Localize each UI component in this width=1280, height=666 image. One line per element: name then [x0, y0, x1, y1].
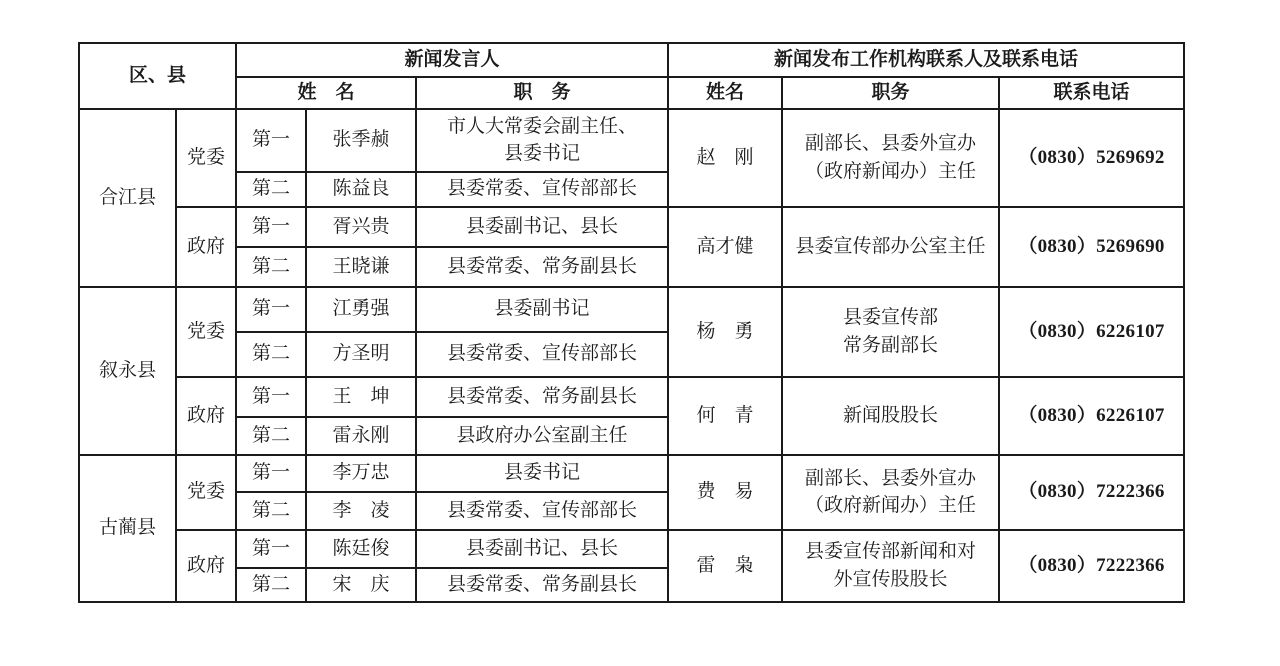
contact-name-cell: 杨 勇	[668, 287, 782, 377]
spokesperson-name-cell: 宋 庆	[306, 568, 416, 602]
spokesperson-title-cell: 县委副书记、县长	[416, 207, 668, 247]
rank-cell: 第二	[236, 172, 306, 207]
spokesperson-name-cell: 王 坤	[306, 377, 416, 417]
rank-cell: 第一	[236, 109, 306, 172]
header-row-groups: 区、县 新闻发言人 新闻发布工作机构联系人及联系电话	[79, 43, 1184, 77]
rank-cell: 第一	[236, 287, 306, 332]
header-contact-name: 姓名	[668, 77, 782, 109]
header-spokesperson-title: 职 务	[416, 77, 668, 109]
table-row: 古蔺县 党委 第一 李万忠 县委书记 费 易 副部长、县委外宣办 （政府新闻办）…	[79, 455, 1184, 492]
spokesperson-name-cell: 王晓谦	[306, 247, 416, 287]
spokesperson-title-cell: 县委常委、常务副县长	[416, 247, 668, 287]
contact-phone-cell: （0830）6226107	[999, 377, 1184, 455]
spokesperson-title-cell: 县委副书记、县长	[416, 530, 668, 568]
rank-cell: 第一	[236, 207, 306, 247]
org-cell: 党委	[176, 109, 236, 207]
contact-phone-cell: （0830）7222366	[999, 455, 1184, 530]
org-cell: 党委	[176, 287, 236, 377]
spokesperson-name-cell: 江勇强	[306, 287, 416, 332]
contact-name-cell: 赵 刚	[668, 109, 782, 207]
rank-cell: 第二	[236, 568, 306, 602]
table-row: 政府 第一 胥兴贵 县委副书记、县长 高才健 县委宣传部办公室主任 （0830）…	[79, 207, 1184, 247]
org-cell: 党委	[176, 455, 236, 530]
table-row: 合江县 党委 第一 张季赪 市人大常委会副主任、 县委书记 赵 刚 副部长、县委…	[79, 109, 1184, 172]
contact-name-cell: 费 易	[668, 455, 782, 530]
rank-cell: 第二	[236, 492, 306, 530]
county-cell: 古蔺县	[79, 455, 176, 602]
contact-phone-cell: （0830）5269690	[999, 207, 1184, 287]
contact-title-cell: 新闻股股长	[782, 377, 999, 455]
contact-title-cell: 副部长、县委外宣办 （政府新闻办）主任	[782, 109, 999, 207]
spokesperson-name-cell: 方圣明	[306, 332, 416, 377]
spokesperson-name-cell: 胥兴贵	[306, 207, 416, 247]
spokesperson-contact-table: 区、县 新闻发言人 新闻发布工作机构联系人及联系电话 姓 名 职 务 姓名 职务…	[78, 42, 1185, 603]
spokesperson-title-cell: 县委常委、常务副县长	[416, 568, 668, 602]
spokesperson-title-cell: 县委书记	[416, 455, 668, 492]
spokesperson-title-cell: 县委常委、宣传部部长	[416, 332, 668, 377]
rank-cell: 第一	[236, 455, 306, 492]
contact-title-cell: 副部长、县委外宣办 （政府新闻办）主任	[782, 455, 999, 530]
table-row: 叙永县 党委 第一 江勇强 县委副书记 杨 勇 县委宣传部 常务副部长 （083…	[79, 287, 1184, 332]
spokesperson-title-cell: 县委常委、宣传部部长	[416, 492, 668, 530]
table-row: 政府 第一 王 坤 县委常委、常务副县长 何 青 新闻股股长 （0830）622…	[79, 377, 1184, 417]
rank-cell: 第二	[236, 417, 306, 455]
org-cell: 政府	[176, 530, 236, 602]
header-spokesperson-name: 姓 名	[236, 77, 416, 109]
spokesperson-name-cell: 陈益良	[306, 172, 416, 207]
header-spokesperson-group: 新闻发言人	[236, 43, 668, 77]
header-contact-phone: 联系电话	[999, 77, 1184, 109]
spokesperson-name-cell: 张季赪	[306, 109, 416, 172]
header-contact-group: 新闻发布工作机构联系人及联系电话	[668, 43, 1184, 77]
rank-cell: 第二	[236, 332, 306, 377]
org-cell: 政府	[176, 207, 236, 287]
org-cell: 政府	[176, 377, 236, 455]
contact-title-cell: 县委宣传部新闻和对 外宣传股股长	[782, 530, 999, 602]
header-row-columns: 姓 名 职 务 姓名 职务 联系电话	[79, 77, 1184, 109]
spokesperson-name-cell: 李万忠	[306, 455, 416, 492]
spokesperson-title-cell: 县委常委、宣传部部长	[416, 172, 668, 207]
contact-phone-cell: （0830）5269692	[999, 109, 1184, 207]
spokesperson-name-cell: 李 凌	[306, 492, 416, 530]
spokesperson-name-cell: 雷永刚	[306, 417, 416, 455]
contact-title-cell: 县委宣传部 常务副部长	[782, 287, 999, 377]
spokesperson-name-cell: 陈廷俊	[306, 530, 416, 568]
contact-name-cell: 高才健	[668, 207, 782, 287]
contact-title-cell: 县委宣传部办公室主任	[782, 207, 999, 287]
header-contact-title: 职务	[782, 77, 999, 109]
spokesperson-title-cell: 市人大常委会副主任、 县委书记	[416, 109, 668, 172]
spokesperson-title-cell: 县委常委、常务副县长	[416, 377, 668, 417]
county-cell: 叙永县	[79, 287, 176, 455]
spokesperson-title-cell: 县委副书记	[416, 287, 668, 332]
contact-name-cell: 雷 枭	[668, 530, 782, 602]
header-region: 区、县	[79, 43, 236, 109]
rank-cell: 第一	[236, 377, 306, 417]
county-cell: 合江县	[79, 109, 176, 287]
rank-cell: 第一	[236, 530, 306, 568]
document-page: 区、县 新闻发言人 新闻发布工作机构联系人及联系电话 姓 名 职 务 姓名 职务…	[0, 0, 1280, 666]
contact-phone-cell: （0830）6226107	[999, 287, 1184, 377]
contact-name-cell: 何 青	[668, 377, 782, 455]
table-row: 政府 第一 陈廷俊 县委副书记、县长 雷 枭 县委宣传部新闻和对 外宣传股股长 …	[79, 530, 1184, 568]
rank-cell: 第二	[236, 247, 306, 287]
contact-phone-cell: （0830）7222366	[999, 530, 1184, 602]
spokesperson-title-cell: 县政府办公室副主任	[416, 417, 668, 455]
